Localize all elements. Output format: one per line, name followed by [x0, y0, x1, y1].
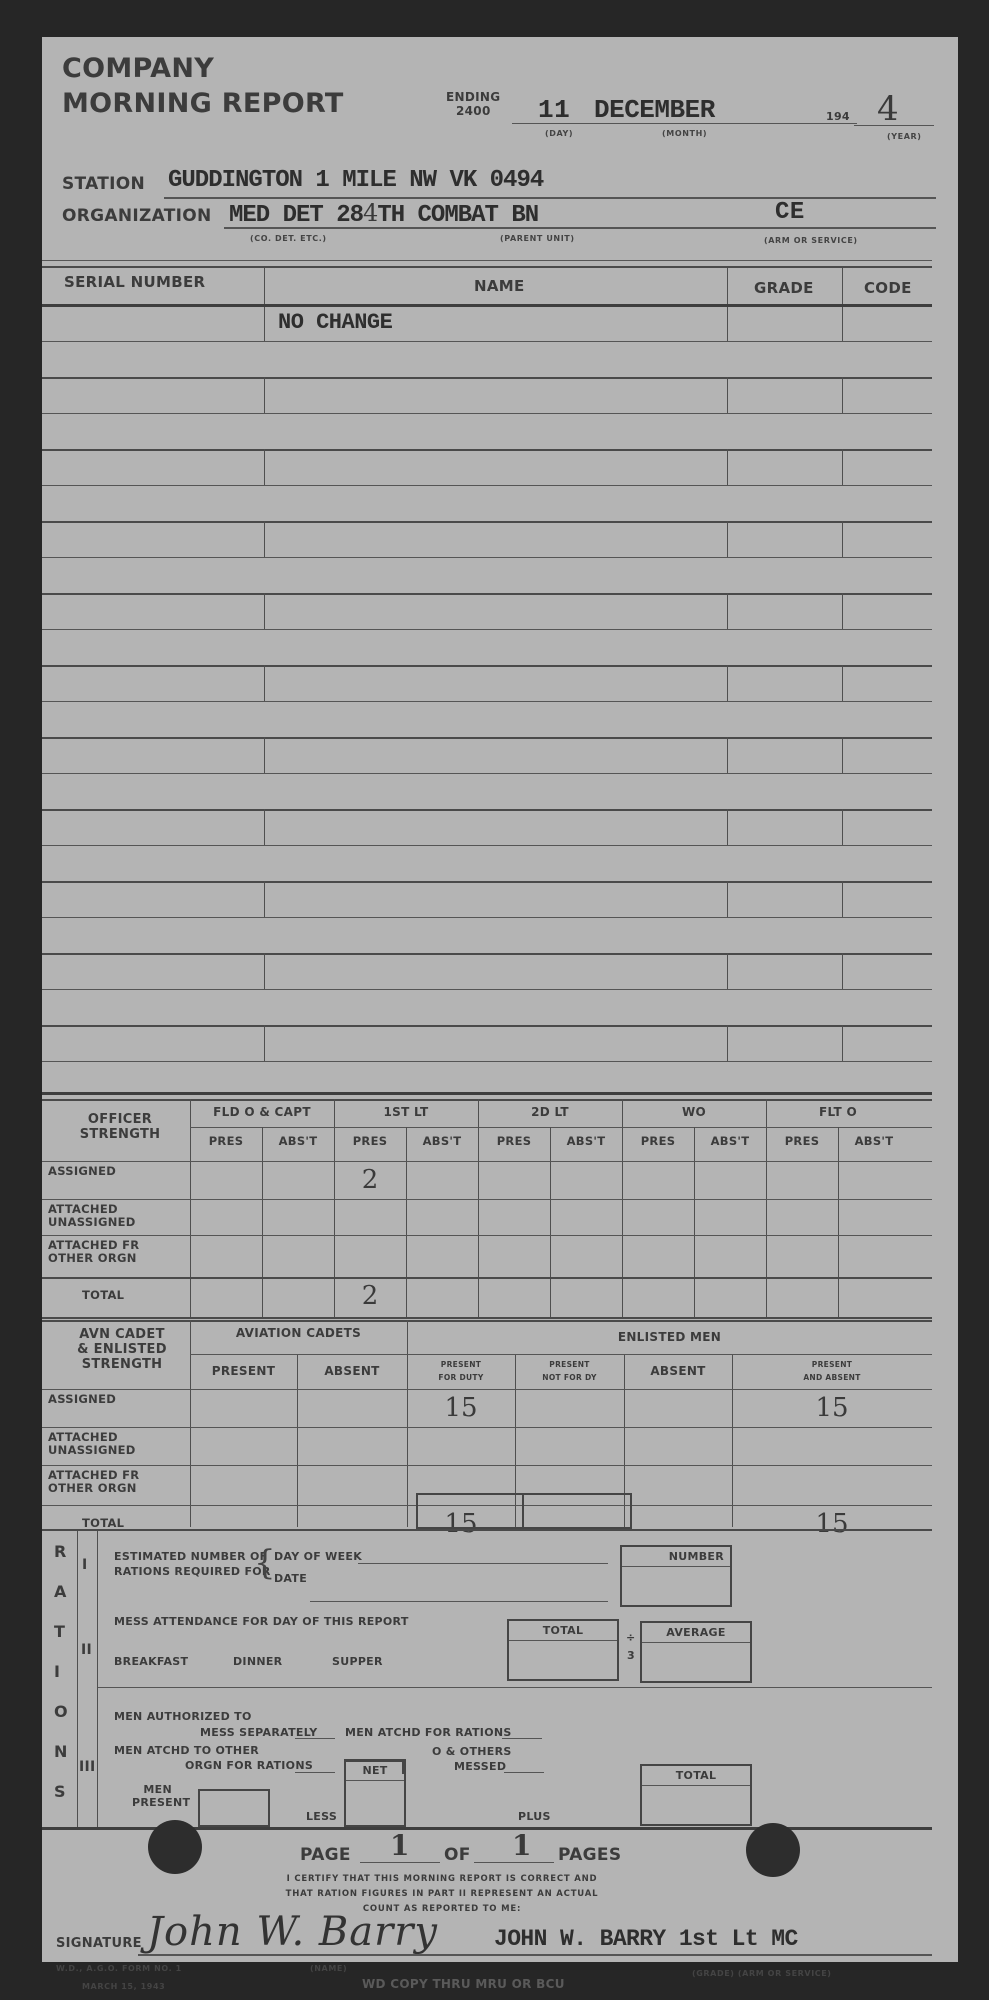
officer-row-label: ASSIGNED	[48, 1165, 116, 1178]
total-present-for-duty-box	[416, 1493, 524, 1529]
enlisted-cell[interactable]: 15	[407, 1391, 515, 1425]
header-line: ABSENT	[624, 1364, 732, 1378]
enlisted-col-header: ABSENT	[624, 1364, 732, 1378]
unit-rest: TH COMBAT BN	[377, 202, 538, 229]
divider	[264, 953, 265, 989]
col-header-grade: GRADE	[754, 279, 814, 297]
form-date: MARCH 15, 1943	[82, 1982, 165, 1991]
month-caption: (MONTH)	[662, 129, 707, 138]
divider	[842, 268, 843, 304]
mess-total-box[interactable]: TOTAL	[507, 1619, 619, 1681]
title-line: OFFICER	[70, 1112, 170, 1127]
station-label: STATION	[62, 174, 145, 194]
text-line: PRESENT	[132, 1796, 172, 1809]
divider	[264, 881, 265, 917]
rations-total-label: TOTAL	[642, 1766, 750, 1786]
men-authorized-line1: MEN AUTHORIZED TO	[114, 1710, 252, 1723]
total-present-not-for-duty-box	[522, 1493, 632, 1529]
rule	[42, 304, 932, 307]
form-title-line1: COMPANY	[62, 54, 214, 84]
header-line: PRESENT	[407, 1358, 515, 1371]
divider	[727, 521, 728, 557]
o-others-line1: O & OTHERS	[432, 1745, 512, 1758]
rule	[42, 266, 932, 268]
rations-side-letter: A	[54, 1582, 67, 1601]
brace: {	[254, 1545, 276, 1581]
enlisted-col-header: PRESENTNOT FOR DY	[515, 1358, 624, 1384]
rule	[98, 1687, 932, 1688]
enlisted-col-header: PRESENTAND ABSENT	[732, 1358, 932, 1384]
part-i-numeral: I	[82, 1557, 88, 1573]
rule	[42, 845, 932, 846]
rule	[42, 1529, 932, 1531]
divider	[842, 809, 843, 845]
divider	[622, 1099, 623, 1317]
title-line: & ENLISTED	[52, 1342, 192, 1357]
text-line: I CERTIFY THAT THIS MORNING REPORT IS CO…	[232, 1872, 652, 1887]
officer-subheader: PRES	[190, 1134, 262, 1148]
mess-total-label: TOTAL	[509, 1621, 617, 1641]
officer-row-label: ATTACHED FROTHER ORGN	[48, 1239, 139, 1265]
divider	[264, 665, 265, 701]
men-present-box[interactable]	[198, 1789, 270, 1827]
pages-label: PAGES	[558, 1845, 621, 1865]
rations-side-letter: I	[54, 1662, 60, 1681]
net-label: NET	[346, 1761, 404, 1781]
men-present-label: MEN PRESENT	[132, 1783, 172, 1809]
rule	[42, 1465, 932, 1466]
rations-side-letter: N	[54, 1742, 68, 1761]
divider	[727, 953, 728, 989]
rule	[42, 521, 932, 523]
rule	[42, 1317, 932, 1319]
officer-group-header: 2D LT	[478, 1105, 622, 1119]
divider	[694, 1127, 695, 1317]
rations-side-letter: T	[54, 1622, 65, 1641]
officer-row-label: TOTAL	[82, 1289, 124, 1302]
officer-row-label: ATTACHEDUNASSIGNED	[48, 1203, 136, 1229]
cadet-col-header: ABSENT	[297, 1364, 407, 1378]
rule	[42, 1320, 932, 1322]
divider	[264, 737, 265, 773]
rule	[42, 881, 932, 883]
mess-attendance-title: MESS ATTENDANCE FOR DAY OF THIS REPORT	[114, 1615, 409, 1628]
divider	[264, 268, 265, 304]
label-line: OTHER ORGN	[48, 1482, 139, 1495]
rule	[42, 665, 932, 667]
rule	[42, 953, 932, 955]
rule	[42, 1025, 932, 1027]
rule	[42, 917, 932, 918]
rule	[42, 1389, 932, 1390]
men-atchd-other-field[interactable]	[295, 1772, 335, 1773]
divider	[264, 521, 265, 557]
grade-caption: (GRADE) (ARM OR SERVICE)	[692, 1969, 832, 1978]
divider	[264, 377, 265, 413]
report-year-digit: 4	[877, 89, 899, 129]
day-of-week-field[interactable]	[358, 1563, 608, 1564]
rule	[42, 1061, 932, 1062]
rule	[42, 1427, 932, 1428]
o-others-line2: MESSED	[454, 1760, 506, 1773]
divider	[727, 881, 728, 917]
rule	[42, 557, 932, 558]
header-line: AND ABSENT	[732, 1371, 932, 1384]
divider	[406, 1127, 407, 1317]
divider	[262, 1127, 263, 1317]
rule	[42, 809, 932, 811]
page-label: PAGE	[300, 1845, 351, 1865]
rule	[42, 1277, 932, 1279]
officer-group-header: WO	[622, 1105, 766, 1119]
col-header-name: NAME	[474, 277, 525, 295]
divider	[842, 953, 843, 989]
divider	[478, 1099, 479, 1317]
date-field[interactable]	[310, 1601, 608, 1602]
label-line: TOTAL	[82, 1289, 124, 1302]
officer-subheader: ABS'T	[550, 1134, 622, 1148]
divide-sign: ÷	[626, 1631, 636, 1644]
label-line: ASSIGNED	[48, 1393, 116, 1406]
rule	[190, 1127, 932, 1128]
enlisted-men-header: ENLISTED MEN	[407, 1330, 932, 1344]
header-line: PRESENT	[515, 1358, 624, 1371]
enlisted-row-label: ATTACHEDUNASSIGNED	[48, 1431, 136, 1457]
divider	[264, 1025, 265, 1061]
rule	[42, 485, 932, 486]
divider	[727, 665, 728, 701]
officer-subheader: ABS'T	[694, 1134, 766, 1148]
rule	[190, 1354, 932, 1355]
binder-hole-left	[148, 1820, 202, 1874]
officer-subheader: PRES	[766, 1134, 838, 1148]
form-id: W.D., A.G.O. FORM NO. 1	[56, 1964, 182, 1973]
enlisted-row-label: ATTACHED FROTHER ORGN	[48, 1469, 139, 1495]
report-day: 11	[538, 95, 570, 125]
divider	[727, 593, 728, 629]
officer-cell[interactable]: 2	[334, 1279, 406, 1313]
divider	[264, 809, 265, 845]
divider	[838, 1127, 839, 1317]
officer-subheader: PRES	[334, 1134, 406, 1148]
aviation-cadets-header: AVIATION CADETS	[190, 1326, 407, 1340]
text-line: MEN	[132, 1783, 172, 1796]
page-number-underline	[360, 1862, 440, 1863]
handwritten-signature: John W. Barry	[147, 1909, 438, 1955]
header-line: NOT FOR DY	[515, 1371, 624, 1384]
divider	[842, 449, 843, 485]
divider	[727, 377, 728, 413]
name-caption: (NAME)	[310, 1964, 347, 1973]
title-line: AVN CADET	[52, 1327, 192, 1342]
rations-side-letter: S	[54, 1782, 66, 1801]
station-value: GUDDINGTON 1 MILE NW VK 0494	[168, 167, 543, 194]
title-line: STRENGTH	[52, 1357, 192, 1372]
officer-subheader: ABS'T	[262, 1134, 334, 1148]
men-atchd-rations-label: MEN ATCHD FOR RATIONS	[345, 1726, 512, 1739]
report-month: DECEMBER	[594, 95, 715, 125]
day-of-week-label: DAY OF WEEK	[274, 1550, 362, 1563]
rule	[42, 260, 932, 261]
rule	[42, 737, 932, 739]
organization-unit: MED DET 284TH COMBAT BN	[229, 199, 538, 229]
parent-unit-caption: (PARENT UNIT)	[500, 234, 575, 243]
part-i-text: ESTIMATED NUMBER OF RATIONS REQUIRED FOR	[114, 1549, 271, 1579]
rule	[42, 629, 932, 630]
divider	[842, 1025, 843, 1061]
signer-typed-name: JOHN W. BARRY 1st Lt MC	[494, 1926, 798, 1952]
mess-separately-field[interactable]	[295, 1738, 335, 1739]
divider	[297, 1354, 298, 1527]
divider	[264, 593, 265, 629]
divider	[97, 1531, 98, 1829]
divider	[727, 307, 728, 341]
text-line: THAT RATION FIGURES IN PART II REPRESENT…	[232, 1887, 652, 1902]
less-label: LESS	[306, 1810, 337, 1823]
of-label: OF	[444, 1845, 471, 1865]
rule	[42, 341, 932, 342]
enlisted-cell[interactable]: 15	[732, 1507, 932, 1541]
title-line: STRENGTH	[70, 1127, 170, 1142]
col-header-code: CODE	[864, 279, 912, 297]
rule	[42, 989, 932, 990]
label-line: UNASSIGNED	[48, 1216, 136, 1229]
enlisted-col-header: PRESENTFOR DUTY	[407, 1358, 515, 1384]
roster-entry-no-change: NO CHANGE	[278, 310, 392, 335]
rule	[42, 413, 932, 414]
signature-label: SIGNATURE	[56, 1936, 142, 1951]
divider	[190, 1099, 191, 1317]
divider	[190, 1320, 191, 1527]
plus-label: PLUS	[518, 1810, 551, 1823]
supper-label: SUPPER	[332, 1655, 383, 1668]
divider	[842, 881, 843, 917]
organization-arm: CE	[775, 199, 805, 226]
arm-caption: (ARM OR SERVICE)	[764, 236, 858, 245]
divider	[842, 665, 843, 701]
divider	[727, 1025, 728, 1061]
average-box[interactable]: AVERAGE	[640, 1621, 752, 1683]
number-label: NUMBER	[622, 1547, 730, 1567]
officer-group-header: FLT O	[766, 1105, 910, 1119]
divide-by-three: 3	[627, 1649, 635, 1662]
men-atchd-rations-field[interactable]	[502, 1738, 542, 1739]
dinner-label: DINNER	[233, 1655, 282, 1668]
rule	[42, 1161, 932, 1162]
header-line: PRESENT	[732, 1358, 932, 1371]
average-label: AVERAGE	[642, 1623, 750, 1643]
rations-total-box[interactable]: TOTAL	[640, 1764, 752, 1826]
divider	[842, 307, 843, 341]
unit-number: MED DET 28	[229, 202, 363, 229]
o-others-field[interactable]	[504, 1772, 544, 1773]
men-atchd-other-line2: ORGN FOR RATIONS	[185, 1759, 313, 1772]
enlisted-cell[interactable]: 15	[732, 1391, 932, 1425]
label-line: UNASSIGNED	[48, 1444, 136, 1457]
day-caption: (DAY)	[545, 129, 573, 138]
rule	[42, 377, 932, 379]
header-line: FOR DUTY	[407, 1371, 515, 1384]
label-line: ASSIGNED	[48, 1165, 116, 1178]
year-prefix: 194	[826, 110, 850, 123]
rule	[42, 1235, 932, 1236]
net-box[interactable]: NET	[344, 1759, 406, 1827]
rule	[42, 1099, 932, 1101]
divider	[727, 268, 728, 304]
col-header-serial: SERIAL NUMBER	[64, 273, 205, 291]
total-pages-underline	[474, 1862, 554, 1863]
divider	[264, 307, 265, 341]
year-caption: (YEAR)	[887, 132, 922, 141]
rule	[42, 701, 932, 702]
text-line: ESTIMATED NUMBER OF	[114, 1549, 271, 1564]
rule	[42, 449, 932, 451]
enlisted-strength-title: AVN CADET & ENLISTED STRENGTH	[52, 1327, 192, 1372]
officer-subheader: ABS'T	[406, 1134, 478, 1148]
rations-side-letter: O	[54, 1702, 68, 1721]
divider	[842, 377, 843, 413]
divider	[842, 737, 843, 773]
officer-subheader: ABS'T	[838, 1134, 910, 1148]
divider	[766, 1099, 767, 1317]
copy-routing-note: WD COPY THRU MRU OR BCU	[362, 1977, 565, 1991]
officer-group-header: 1ST LT	[334, 1105, 478, 1119]
officer-group-header: FLD O & CAPT	[190, 1105, 334, 1119]
officer-strength-title: OFFICER STRENGTH	[70, 1112, 170, 1142]
officer-cell[interactable]: 2	[334, 1163, 406, 1197]
divider	[727, 809, 728, 845]
officer-subheader: PRES	[478, 1134, 550, 1148]
rule	[42, 1092, 932, 1095]
form-title-line2: MORNING REPORT	[62, 89, 344, 119]
divider	[842, 593, 843, 629]
rule	[42, 593, 932, 595]
divider	[264, 449, 265, 485]
divider	[550, 1127, 551, 1317]
text-line: RATIONS REQUIRED FOR	[114, 1564, 271, 1579]
men-atchd-other-line1: MEN ATCHD TO OTHER	[114, 1744, 259, 1757]
morning-report-form: COMPANY MORNING REPORT ENDING 2400 11 DE…	[42, 37, 958, 1962]
label-line: OTHER ORGN	[48, 1252, 139, 1265]
unit-digit-handwritten: 4	[363, 199, 377, 227]
organization-label: ORGANIZATION	[62, 206, 212, 226]
page-number: 1	[390, 1829, 409, 1862]
divider	[727, 737, 728, 773]
part-iii-numeral: III	[79, 1759, 96, 1775]
officer-subheader: PRES	[622, 1134, 694, 1148]
part-ii-numeral: II	[81, 1642, 92, 1658]
date-label: DATE	[274, 1572, 307, 1585]
breakfast-label: BREAKFAST	[114, 1655, 188, 1668]
divider	[77, 1531, 78, 1829]
enlisted-row-label: ASSIGNED	[48, 1393, 116, 1406]
binder-hole-right	[746, 1823, 800, 1877]
co-caption: (CO. DET. ETC.)	[250, 234, 327, 243]
divider	[727, 449, 728, 485]
ending-label: ENDING	[446, 91, 500, 104]
rations-side-letter: R	[54, 1542, 67, 1561]
total-pages: 1	[512, 1829, 531, 1862]
divider	[842, 521, 843, 557]
cadet-col-header: PRESENT	[190, 1364, 297, 1378]
rule	[42, 773, 932, 774]
rule	[42, 1199, 932, 1200]
number-box[interactable]: NUMBER	[620, 1545, 732, 1607]
ending-time-label: 2400	[456, 105, 491, 118]
